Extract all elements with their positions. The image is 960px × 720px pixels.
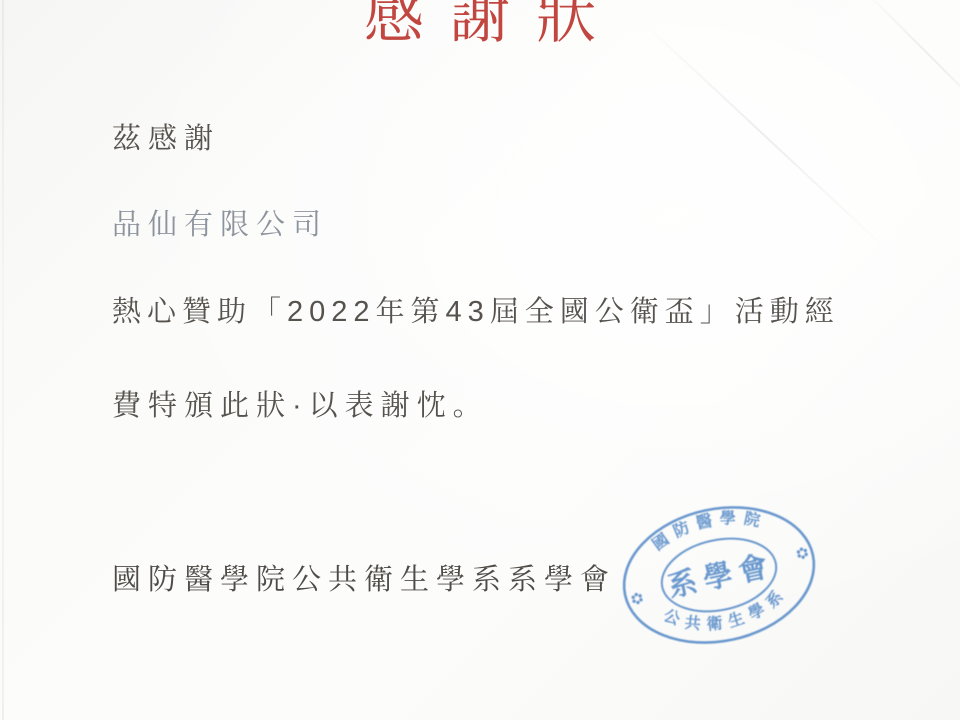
body-line-1: 熱心贊助「2022年第43屆全國公衛盃」活動經 bbox=[112, 289, 840, 330]
issuer-name: 國防醫學院公共衛生學系系學會 bbox=[112, 557, 616, 598]
recipient-name: 品仙有限公司 bbox=[112, 202, 328, 243]
photo-edge-shadow bbox=[2, 0, 4, 720]
flower-ornament-icon bbox=[631, 592, 644, 605]
certificate-page: 感謝狀 茲感謝 品仙有限公司 熱心贊助「2022年第43屆全國公衛盃」活動經 費… bbox=[0, 0, 960, 720]
certificate-title: 感謝狀 bbox=[0, 0, 960, 55]
official-stamp: 國防醫學院 系學會 公共衛生學系 bbox=[598, 477, 839, 672]
salutation-text: 茲感謝 bbox=[112, 116, 220, 157]
body-line-2: 費特頒此狀·以表謝忱。 bbox=[112, 383, 489, 424]
paper-crease bbox=[644, 23, 887, 250]
flower-ornament-icon bbox=[796, 547, 809, 560]
